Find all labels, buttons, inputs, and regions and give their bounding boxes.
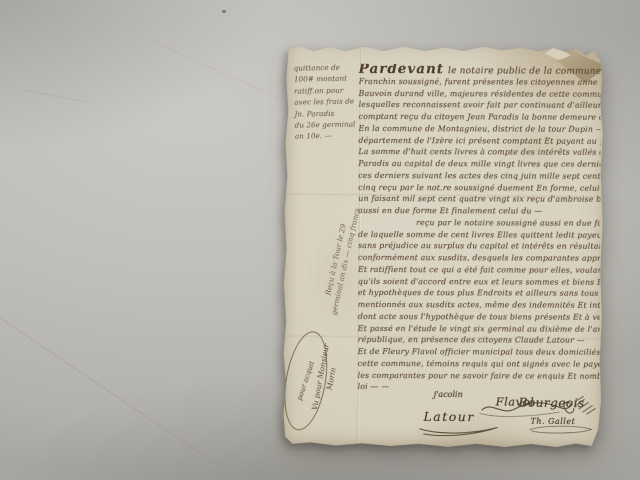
body-line: aussi en due forme Et finalement celui d… <box>358 205 600 218</box>
backdrop-scratch <box>26 90 87 103</box>
body-line: Franchin soussigné, furent présentes les… <box>359 76 601 89</box>
body-text: Pardevantle notaire public de la commune… <box>358 64 601 394</box>
body-line: qu'ils soient d'accord entre eux et leur… <box>358 275 600 288</box>
signature-jacolin: j'acolin <box>434 390 463 399</box>
body-line: république, en présence des citoyens Cla… <box>358 334 600 347</box>
signature-underline-flourish <box>417 421 505 438</box>
body-line: de laquelle somme de cent livres Elles q… <box>358 228 600 241</box>
body-line: et hypothèques de tous plus Endroits et … <box>358 287 600 300</box>
body-line: sans préjudice au surplus du capital et … <box>358 240 600 253</box>
body-line: mentionnés aux susdits actes, même des i… <box>358 299 600 312</box>
body-line: lesquelles reconnaissent avoir fait par … <box>359 99 601 112</box>
body-line: conformément aux susdits, desquels les c… <box>358 252 600 265</box>
body-line: Et passé en l'étude le vingt six germina… <box>358 322 600 335</box>
body-line: reçu par le notaire soussigné aussi en d… <box>358 217 600 230</box>
body-line: département de l'Izère ici présent compt… <box>358 134 600 147</box>
body-line: loi — — <box>358 381 600 394</box>
body-line: En la commune de Montagnieu, district de… <box>358 123 600 136</box>
body-line: cette commune, témoins requis qui ont si… <box>358 358 600 371</box>
body-line: Et ratiffient tout ce qui a été fait com… <box>358 264 600 277</box>
backdrop-speck <box>222 10 226 13</box>
signature-hatch-flourish <box>573 394 599 416</box>
body-line: ces derniers suivant les actes des cinq … <box>358 170 600 183</box>
body-line: comptant reçu du citoyen Jean Paradis la… <box>359 111 601 124</box>
photo-of-manuscript: quittance de100# montantratiff.on pourav… <box>0 0 640 480</box>
body-line: un faisant mil sept cent quatre vingt si… <box>358 193 600 206</box>
margin-note-line: an 10e. — <box>295 130 367 143</box>
oval-annotation-text: pour acquit <box>296 360 317 401</box>
manuscript-paper: quittance de100# montantratiff.on pourav… <box>281 43 605 450</box>
body-line: Et de Fleury Flavol officier municipal t… <box>358 346 600 359</box>
body-line: cinq reçu par le not.re soussigné duemen… <box>358 181 600 194</box>
body-line: La somme d'huit cents livres à compte de… <box>358 146 600 159</box>
body-line: dont acte sous l'hypothèque de tous bien… <box>358 311 600 324</box>
body-line: Bauvoin durand ville, majeures résidente… <box>359 87 601 100</box>
backdrop-scratch <box>150 40 278 98</box>
margin-note: quittance de100# montantratiff.on pourav… <box>294 61 367 142</box>
body-line: les comparantes pour ne savoir faire de … <box>358 369 600 382</box>
paper-sheet: quittance de100# montantratiff.on pourav… <box>281 43 605 450</box>
backdrop-scratch <box>0 312 214 463</box>
signature-oval-flourish <box>525 424 597 437</box>
body-line: Pardevantle notaire public de la commune… <box>359 64 601 77</box>
body-line: Paradis au capital de deux mille vingt l… <box>358 158 600 171</box>
signature-paraph-flourish <box>477 397 577 420</box>
opening-word: Pardevant <box>359 64 444 77</box>
